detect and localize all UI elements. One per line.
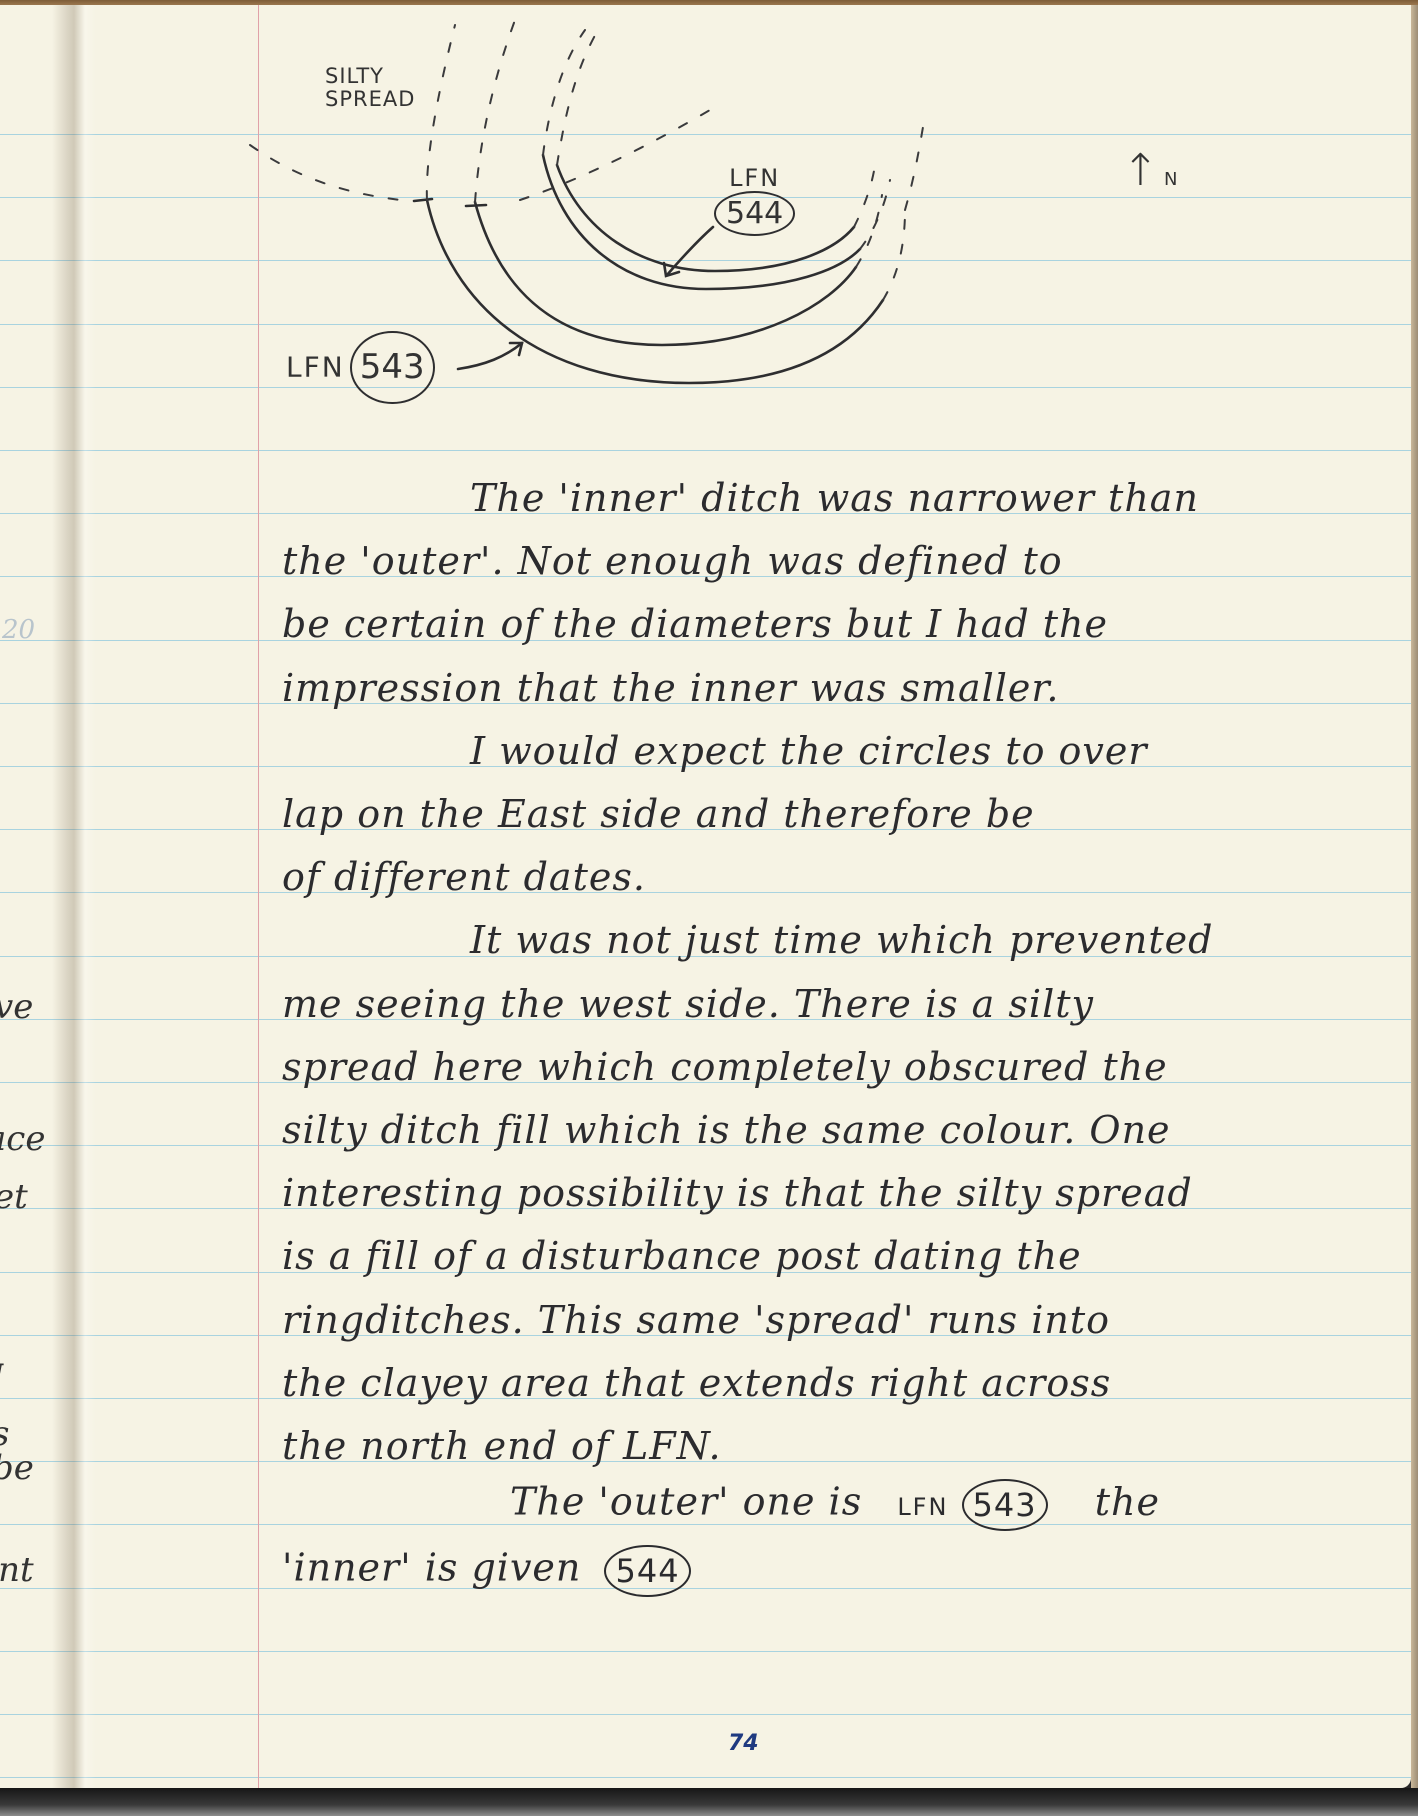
notes-line: silty ditch fill which is the same colou… bbox=[282, 1111, 1171, 1149]
facing-page-fragment: et bbox=[0, 1180, 28, 1214]
notes-line: the north end of LFN. bbox=[282, 1427, 722, 1465]
notes-line: ringditches. This same 'spread' runs int… bbox=[282, 1301, 1110, 1339]
ring-ditch-sketch bbox=[0, 5, 1411, 425]
inner-ditch-label: LFN 544 bbox=[714, 165, 795, 236]
facing-page-fragment: 20 bbox=[2, 617, 35, 643]
facing-page-fragment: ve bbox=[0, 990, 33, 1024]
projected-ditch-dashes bbox=[250, 20, 925, 300]
notebook-page: 20veaceetJsbeent bbox=[0, 5, 1411, 1788]
rule-line bbox=[0, 892, 1411, 893]
notes-line: of different dates. bbox=[282, 858, 646, 896]
closing-line-2: 'inner' is given 544 bbox=[282, 1545, 691, 1597]
inner-ditch-ref: 544 bbox=[604, 1545, 690, 1597]
notes-line: me seeing the west side. There is a silt… bbox=[282, 985, 1094, 1023]
outer-ditch-label: LFN 543 bbox=[286, 331, 435, 404]
rule-line bbox=[0, 1777, 1411, 1778]
outer-ditch-ref: 543 bbox=[962, 1479, 1048, 1531]
rule-line bbox=[0, 1588, 1411, 1589]
inner-ditch-number: 544 bbox=[714, 191, 795, 236]
notes-line: the clayey area that extends right acros… bbox=[282, 1364, 1111, 1402]
facing-page-fragment: be bbox=[0, 1451, 34, 1485]
notes-line: I would expect the circles to over bbox=[470, 732, 1148, 770]
label-543-arrow bbox=[458, 343, 522, 369]
notes-line: impression that the inner was smaller. bbox=[282, 669, 1059, 707]
facing-page-fragment: s bbox=[0, 1417, 9, 1451]
notes-line: the 'outer'. Not enough was defined to bbox=[282, 542, 1063, 580]
bottom-shadow bbox=[0, 1788, 1418, 1816]
notes-line: interesting possibility is that the silt… bbox=[282, 1174, 1193, 1212]
rule-line bbox=[0, 450, 1411, 451]
facing-page-fragment: ent bbox=[0, 1553, 34, 1587]
notes-line: be certain of the diameters but I had th… bbox=[282, 605, 1108, 643]
facing-page-fragment: ace bbox=[0, 1122, 45, 1156]
facing-page-fragment: J bbox=[0, 1360, 4, 1394]
outer-ditch-outer-edge bbox=[427, 200, 883, 383]
notes-line: The 'inner' ditch was narrower than bbox=[470, 479, 1199, 517]
label-544-arrow bbox=[667, 227, 713, 275]
north-arrow: ↑ N bbox=[1122, 147, 1177, 195]
page-stack-edge bbox=[1411, 5, 1418, 1788]
notes-line: lap on the East side and therefore be bbox=[282, 795, 1035, 833]
notes-line: spread here which completely obscured th… bbox=[282, 1048, 1168, 1086]
notes-line: is a fill of a disturbance post dating t… bbox=[282, 1237, 1082, 1275]
north-arrow-icon: ↑ bbox=[1122, 145, 1159, 196]
rule-line bbox=[0, 1651, 1411, 1652]
outer-ditch-number: 543 bbox=[350, 331, 435, 404]
page-number: 74 bbox=[728, 1731, 759, 1756]
silty-spread-label: SILTY SPREAD bbox=[325, 65, 415, 111]
notes-line: It was not just time which prevented bbox=[470, 921, 1213, 959]
rule-line bbox=[0, 1714, 1411, 1715]
closing-line-1: The 'outer' one is LFN 543 the bbox=[510, 1479, 1160, 1531]
